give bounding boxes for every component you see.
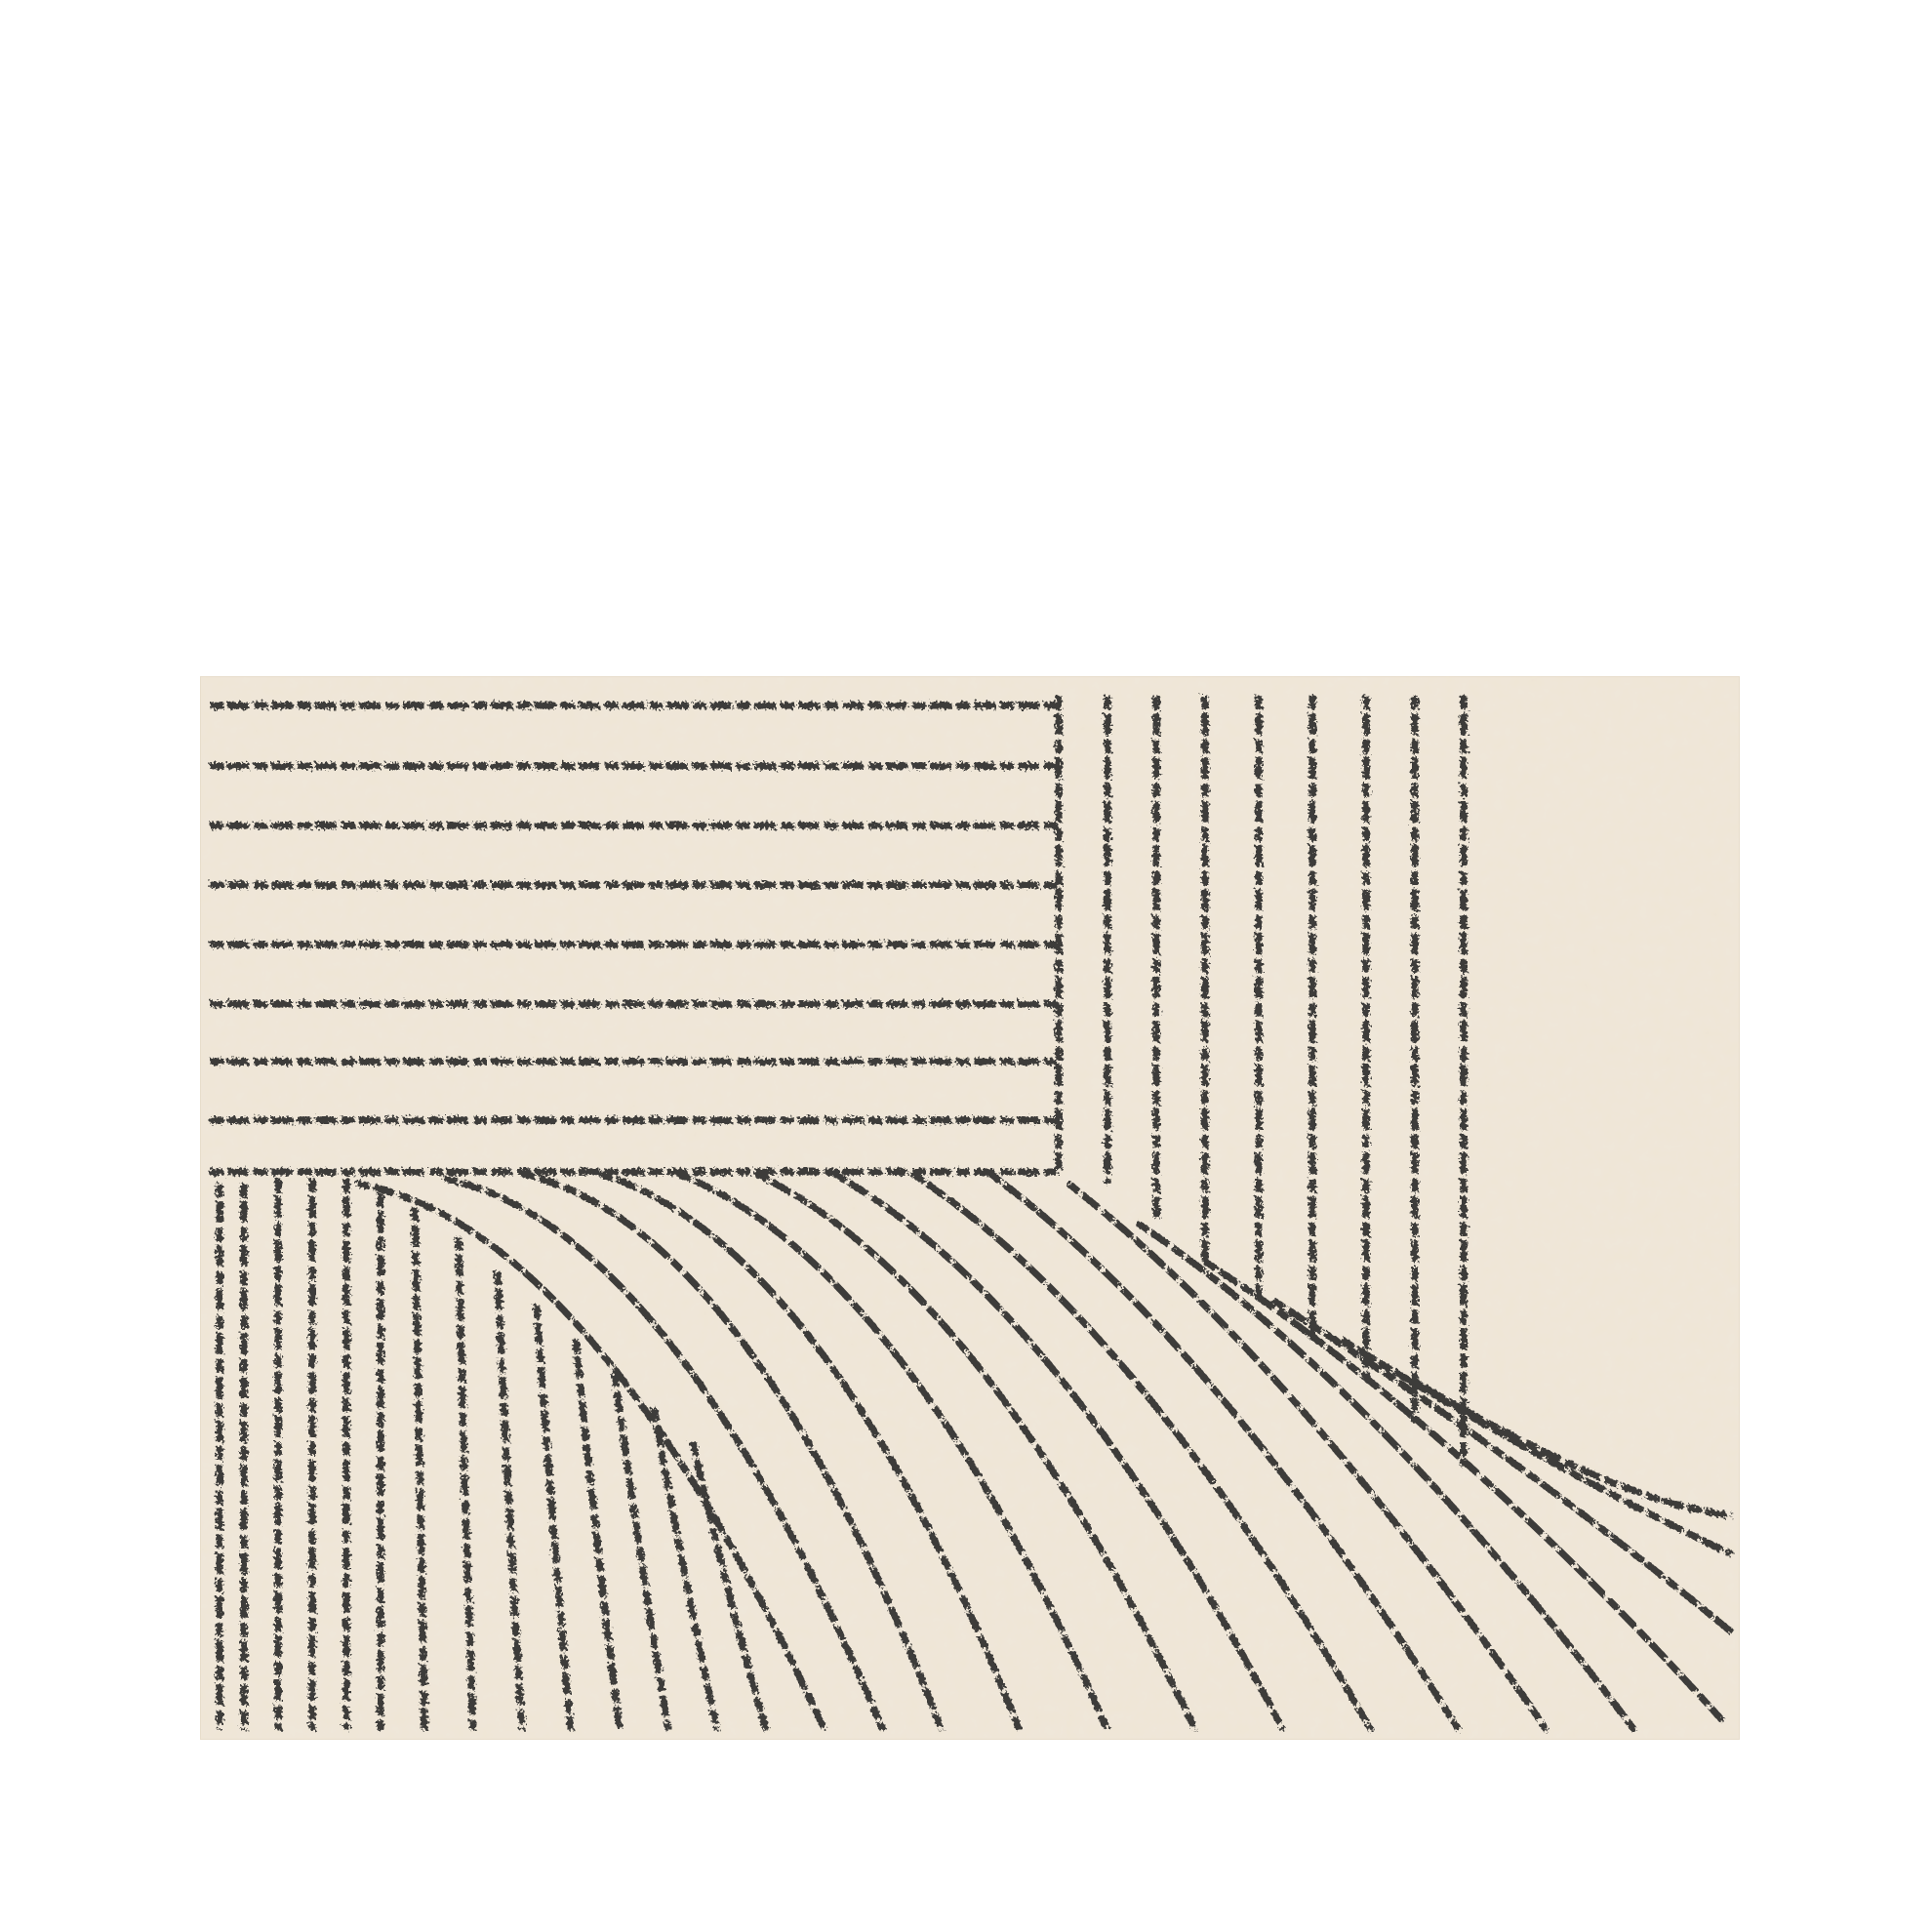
rug [200, 676, 1740, 1740]
rug-pattern [200, 676, 1740, 1740]
